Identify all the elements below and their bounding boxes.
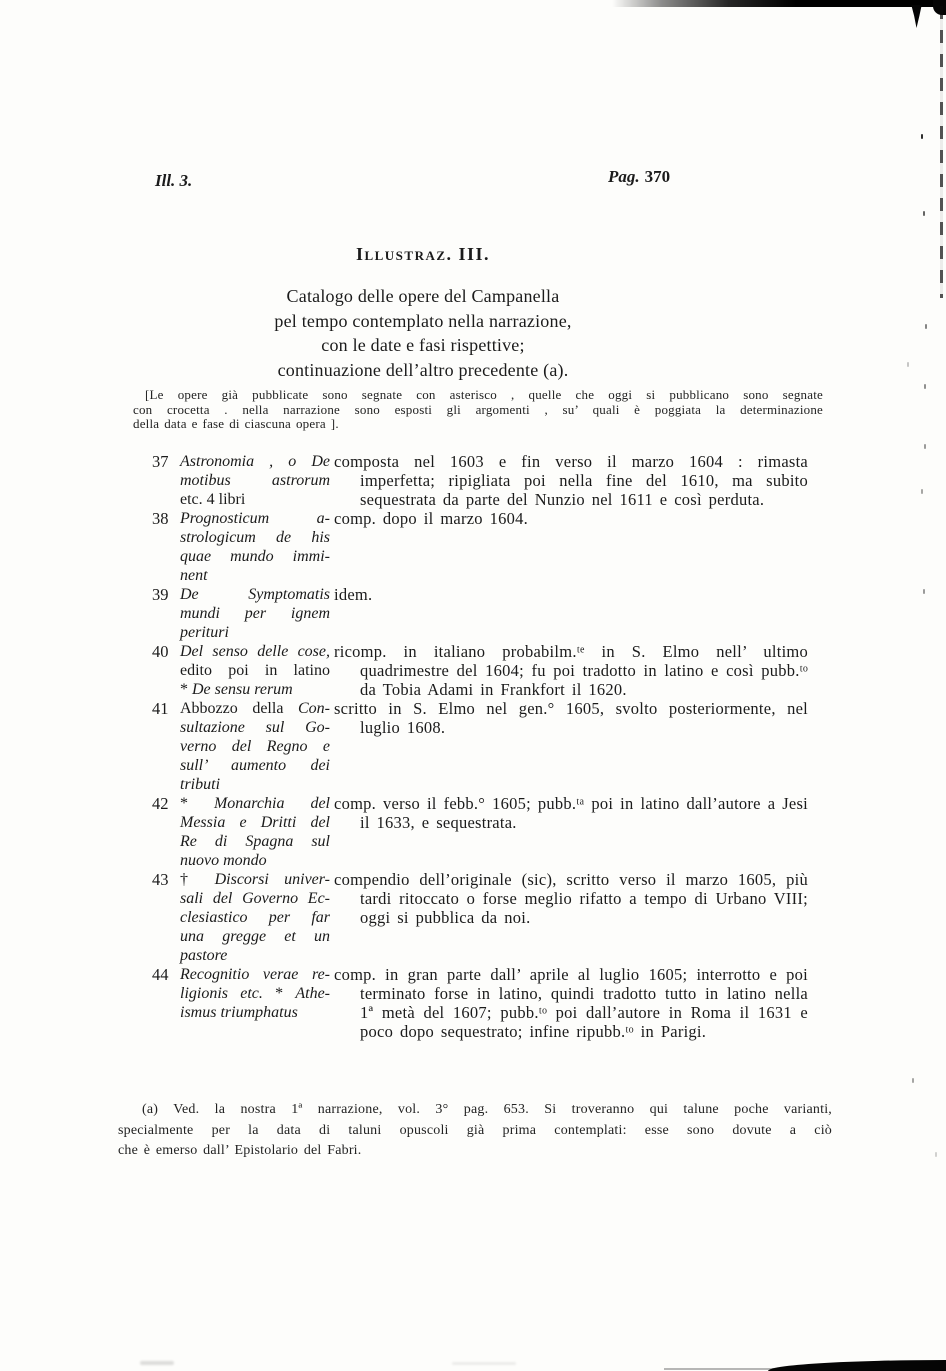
entry-title-line: clesiastico per far <box>180 908 330 927</box>
title-roman-segment: * <box>180 795 214 812</box>
title-italic-segment: Re di Spagna sul <box>180 833 330 850</box>
note-line: della data e fase di ciascuna opera ]. <box>133 417 823 432</box>
entry-description: composta nel 1603 e fin verso il marzo 1… <box>330 452 808 509</box>
title-italic-segment: verno del Regno e <box>180 738 330 755</box>
entry-title: Abbozzo della Con-sultazione sul Go-vern… <box>180 699 330 794</box>
entry-number: 38 <box>152 509 180 528</box>
title-roman-segment: † <box>180 871 215 888</box>
footnote: (a) Ved. la nostra 1ª narrazione, vol. 3… <box>118 1100 832 1162</box>
entry-title-line: sull’ aumento dei <box>180 756 330 775</box>
title-italic-segment: perituri <box>180 624 229 641</box>
title-italic-segment: Con- <box>298 700 330 717</box>
entry-title-line: verno del Regno e <box>180 737 330 756</box>
entry-title-line: strologicum de his <box>180 528 330 547</box>
title-italic-segment: Discorsi univer- <box>215 871 330 888</box>
entry-title: Astronomia , o Demotibus astrorumetc. 4 … <box>180 452 330 509</box>
catalog-entry: 37Astronomia , o Demotibus astrorumetc. … <box>152 452 812 509</box>
entry-title-line: Messia e Dritti del <box>180 813 330 832</box>
title-italic-segment: nuovo mondo <box>180 852 267 869</box>
entry-title: † Discorsi univer-sali del Governo Ec-cl… <box>180 870 330 965</box>
entry-title-line: Prognosticum a- <box>180 509 330 528</box>
footnote-line: che è emerso dall’ Epistolario del Fabri… <box>118 1141 832 1162</box>
scan-artifact-smudge <box>452 1362 516 1365</box>
entry-title-line: quae mundo immi- <box>180 547 330 566</box>
catalog-entries: 37Astronomia , o Demotibus astrorumetc. … <box>152 452 812 1041</box>
scan-artifact-bottom-corner <box>768 1360 946 1371</box>
title-roman-segment: edito poi in latino <box>180 662 330 679</box>
entry-number: 44 <box>152 965 180 984</box>
scan-artifact-bottom-line <box>664 1368 774 1370</box>
entry-title: Recognitio verae re-ligionis etc. * Athe… <box>180 965 330 1022</box>
title-italic-segment: Recognitio verae re- <box>180 966 330 983</box>
title-roman-segment: etc. 4 libri <box>180 491 245 508</box>
title-italic-segment: tributi <box>180 776 220 793</box>
entry-description: comp. verso il febb.° 1605; pubb.ᵗᵃ poi … <box>330 794 808 832</box>
scan-artifact-ink-drip <box>910 5 923 28</box>
entry-title-line: De Symptomatis <box>180 585 330 604</box>
footnote-line: specialmente per la data di taluni opusc… <box>118 1121 832 1142</box>
entry-number: 41 <box>152 699 180 718</box>
entry-title: * Monarchia delMessia e Dritti delRe di … <box>180 794 330 870</box>
title-italic-segment: quae mundo immi- <box>180 548 330 565</box>
entry-title-line: una gregge et un <box>180 927 330 946</box>
catalog-entry: 44Recognitio verae re-ligionis etc. * At… <box>152 965 812 1041</box>
title-italic-segment: sull’ aumento dei <box>180 757 330 774</box>
footnote-line: (a) Ved. la nostra 1ª narrazione, vol. 3… <box>118 1100 832 1121</box>
subtitle-line: continuazione dell’altro precedente (a). <box>58 358 788 383</box>
catalog-entry: 40Del senso delle cose,edito poi in lati… <box>152 642 812 699</box>
title-italic-segment: ligionis etc. <box>180 985 275 1002</box>
entry-title-line: ismus triumphatus <box>180 1003 330 1022</box>
scanned-page: Ill. 3. Pag.370 Illustraz. III. Catalogo… <box>0 0 946 1371</box>
title-italic-segment: strologicum de his <box>180 529 330 546</box>
entry-description: idem. <box>330 585 808 604</box>
entry-title-line: perituri <box>180 623 330 642</box>
scan-artifact-smudge <box>140 1361 174 1365</box>
entry-title-line: etc. 4 libri <box>180 490 330 509</box>
subtitle-line: Catalogo delle opere del Campanella <box>58 284 788 309</box>
title-italic-segment: De sensu rerum <box>192 681 293 698</box>
title-italic-segment: Del senso delle cose, <box>180 643 330 660</box>
title-italic-segment: Astronomia , o De <box>180 453 330 470</box>
entry-description: compendio dell’originale (sic), scritto … <box>330 870 808 927</box>
entry-title-line: Recognitio verae re- <box>180 965 330 984</box>
entry-title-line: sultazione sul Go- <box>180 718 330 737</box>
title-italic-segment: motibus astrorum <box>180 472 330 489</box>
title-italic-segment: sultazione sul Go- <box>180 719 330 736</box>
title-italic-segment: mundi per ignem <box>180 605 330 622</box>
title-italic-segment: clesiastico per far <box>180 909 330 926</box>
page-number: 370 <box>645 167 671 186</box>
scan-artifact-right-edge <box>940 6 943 298</box>
entry-number: 37 <box>152 452 180 471</box>
note-line: [Le opere già pubblicate sono segnate co… <box>133 388 823 403</box>
entry-title-line: tributi <box>180 775 330 794</box>
catalog-entry: 41Abbozzo della Con-sultazione sul Go-ve… <box>152 699 812 794</box>
entry-title-line: Astronomia , o De <box>180 452 330 471</box>
title-italic-segment: una gregge et un <box>180 928 330 945</box>
catalog-entry: 38Prognosticum a-strologicum de hisquae … <box>152 509 812 585</box>
catalog-entry: 39De Symptomatismundi per ignemperiturii… <box>152 585 812 642</box>
entry-title-line: edito poi in latino <box>180 661 330 680</box>
title-italic-segment: Athe- <box>295 985 330 1002</box>
entry-title: Del senso delle cose,edito poi in latino… <box>180 642 330 699</box>
entry-number: 39 <box>152 585 180 604</box>
catalog-entry: 43† Discorsi univer-sali del Governo Ec-… <box>152 870 812 965</box>
title-roman-segment: Abbozzo della <box>180 700 298 717</box>
page-label: Pag. <box>608 167 640 186</box>
entry-description: ricomp. in italiano probabilm.ᵗᵉ in S. E… <box>330 642 808 699</box>
entry-title: Prognosticum a-strologicum de hisquae mu… <box>180 509 330 585</box>
entry-title: De Symptomatismundi per ignemperituri <box>180 585 330 642</box>
entry-description: comp. dopo il marzo 1604. <box>330 509 808 528</box>
entry-number: 40 <box>152 642 180 661</box>
title-roman-segment: * <box>275 985 295 1002</box>
entry-title-line: pastore <box>180 946 330 965</box>
entry-title-line: nent <box>180 566 330 585</box>
entry-number: 42 <box>152 794 180 813</box>
title-italic-segment: nent <box>180 567 208 584</box>
subtitle-line: con le date e fasi rispettive; <box>58 333 788 358</box>
header-page-number: Pag.370 <box>608 167 670 187</box>
title-roman-segment: * <box>180 681 192 698</box>
entry-title-line: ligionis etc. * Athe- <box>180 984 330 1003</box>
scan-artifact-top-edge <box>612 0 946 7</box>
entry-title-line: motibus astrorum <box>180 471 330 490</box>
entry-description: comp. in gran parte dall’ aprile al lugl… <box>330 965 808 1041</box>
entry-title-line: * Monarchia del <box>180 794 330 813</box>
entry-title-line: nuovo mondo <box>180 851 330 870</box>
entry-title-line: Re di Spagna sul <box>180 832 330 851</box>
entry-description: scritto in S. Elmo nel gen.° 1605, svolt… <box>330 699 808 737</box>
editorial-note: [Le opere già pubblicate sono segnate co… <box>133 388 823 432</box>
subtitle-line: pel tempo contemplato nella narrazione, <box>58 309 788 334</box>
catalog-entry: 42* Monarchia delMessia e Dritti delRe d… <box>152 794 812 870</box>
entry-title-line: * De sensu rerum <box>180 680 330 699</box>
title-italic-segment: De Symptomatis <box>180 586 330 603</box>
title-italic-segment: sali del Governo Ec- <box>180 890 330 907</box>
entry-title-line: mundi per ignem <box>180 604 330 623</box>
title-italic-segment: pastore <box>180 947 227 964</box>
title-italic-segment: Monarchia del <box>214 795 330 812</box>
subtitle: Catalogo delle opere del Campanellapel t… <box>58 284 788 382</box>
title-italic-segment: Prognosticum a- <box>180 510 330 527</box>
title-italic-segment: Messia e Dritti del <box>180 814 330 831</box>
entry-title-line: † Discorsi univer- <box>180 870 330 889</box>
entry-title-line: sali del Governo Ec- <box>180 889 330 908</box>
scan-artifact-specks <box>921 134 923 139</box>
title-italic-segment: ismus triumphatus <box>180 1004 298 1021</box>
note-line: con crocetta . nella narrazione sono esp… <box>133 403 823 418</box>
entry-number: 43 <box>152 870 180 889</box>
entry-title-line: Abbozzo della Con- <box>180 699 330 718</box>
section-title: Illustraz. III. <box>58 244 788 265</box>
entry-title-line: Del senso delle cose, <box>180 642 330 661</box>
header-illustration-number: Ill. 3. <box>155 171 192 191</box>
